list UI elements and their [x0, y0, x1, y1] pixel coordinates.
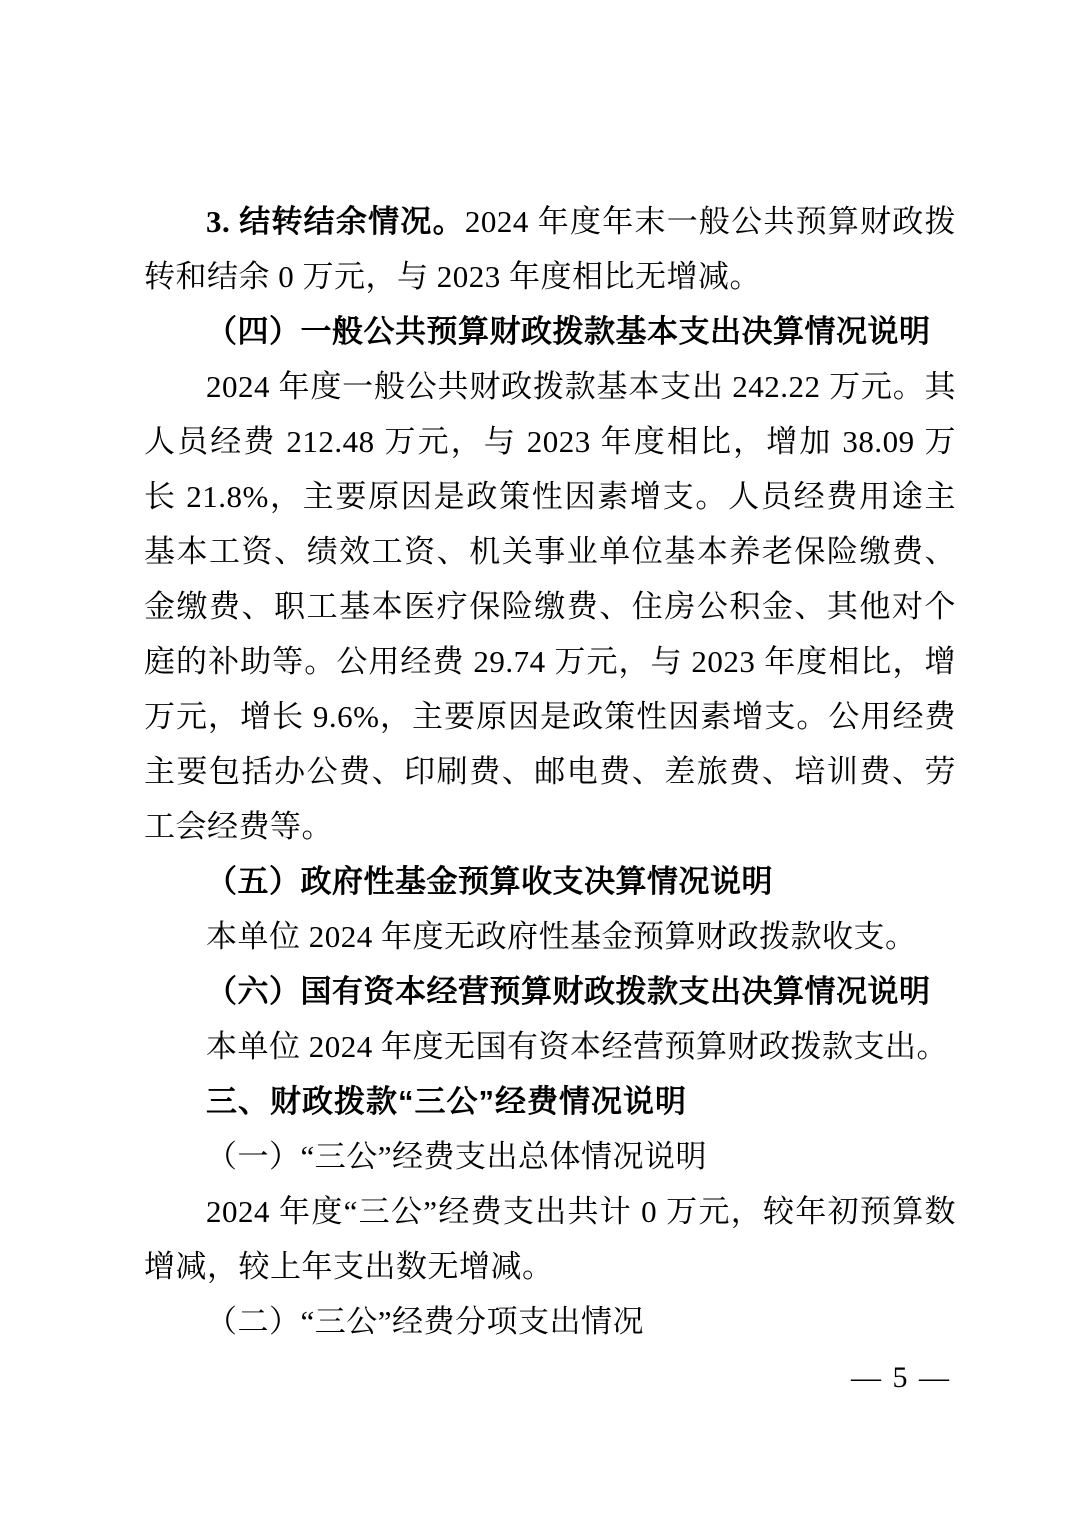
text-line: 转和结余 0 万元，与 2023 年度相比无增减。 — [144, 249, 956, 304]
section-heading: （五）政府性基金预算收支决算情况说明 — [144, 854, 956, 909]
chapter-heading: 三、财政拨款“三公”经费情况说明 — [144, 1074, 956, 1129]
document-page: 3. 结转结余情况。2024 年度年末一般公共预算财政拨款结转和结余 0 万元，… — [0, 0, 1075, 1520]
text-line: 增减，较上年支出数无增减。 — [144, 1239, 956, 1294]
text-line: 金缴费、职工基本医疗保险缴费、住房公积金、其他对个人和家 — [144, 579, 956, 634]
text-line: 工会经费等。 — [144, 799, 956, 854]
text-line: （一）“三公”经费支出总体情况说明 — [144, 1129, 956, 1184]
text-line: 万元，增长 9.6%，主要原因是政策性因素增支。公用经费用途 — [144, 689, 956, 744]
text-line: 主要包括办公费、印刷费、邮电费、差旅费、培训费、劳务费、 — [144, 744, 956, 799]
section-heading: （四）一般公共预算财政拨款基本支出决算情况说明 — [144, 304, 956, 359]
text-line: 本单位 2024 年度无政府性基金预算财政拨款收支。 — [144, 909, 956, 964]
text-line: 庭的补助等。公用经费 29.74 万元，与 2023 年度相比，增加 2.6 — [144, 634, 956, 689]
text-line: （二）“三公”经费分项支出情况 — [144, 1294, 956, 1349]
text-line: 3. 结转结余情况。2024 年度年末一般公共预算财政拨款结 — [144, 194, 956, 249]
section-heading: （六）国有资本经营预算财政拨款支出决算情况说明 — [144, 964, 956, 1019]
page-number: — 5 — — [851, 1358, 951, 1398]
text-line: 人员经费 212.48 万元，与 2023 年度相比，增加 38.09 万元，增 — [144, 414, 956, 469]
document-body: 3. 结转结余情况。2024 年度年末一般公共预算财政拨款结转和结余 0 万元，… — [144, 194, 956, 1349]
text-line: 基本工资、绩效工资、机关事业单位基本养老保险缴费、职业年 — [144, 524, 956, 579]
bold-text-run: 3. 结转结余情况。 — [206, 204, 465, 239]
text-line: 长 21.8%，主要原因是政策性因素增支。人员经费用途主要包括 — [144, 469, 956, 524]
text-line: 2024 年度一般公共财政拨款基本支出 242.22 万元。其中： — [144, 359, 956, 414]
text-line: 2024 年度“三公”经费支出共计 0 万元，较年初预算数无 — [144, 1184, 956, 1239]
text-line: 本单位 2024 年度无国有资本经营预算财政拨款支出。 — [144, 1019, 956, 1074]
